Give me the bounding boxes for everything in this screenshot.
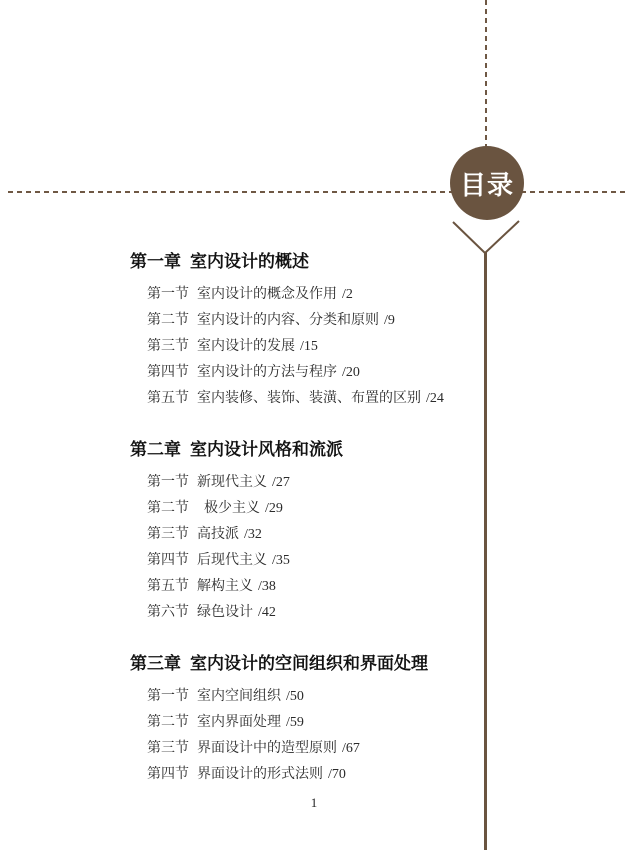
section-label: 第五节 (147, 386, 189, 412)
section-page-ref: /32 (244, 527, 262, 542)
toc-section-row: 第三节 高技派/32 (147, 522, 502, 548)
toc-section-row: 第一节 新现代主义/27 (147, 470, 502, 496)
section-title: 绿色设计/42 (197, 600, 276, 626)
toc-section-row: 第五节 解构主义/38 (147, 574, 502, 600)
section-label: 第二节 (147, 308, 189, 334)
toc-badge-label: 目录 (460, 165, 514, 202)
chapter-block: 第一章 室内设计的概述 第一节 室内设计的概念及作用/2 第二节 室内设计的内容… (130, 250, 502, 412)
section-title: 室内空间组织/50 (197, 684, 304, 710)
section-title: 室内设计的概念及作用/2 (197, 282, 353, 308)
section-page-ref: /67 (342, 741, 360, 756)
chapter-heading: 第二章 室内设计风格和流派 (130, 438, 502, 462)
section-label: 第一节 (147, 470, 189, 496)
section-label: 第三节 (147, 334, 189, 360)
section-label: 第四节 (147, 548, 189, 574)
toc-section-row: 第一节 室内空间组织/50 (147, 684, 502, 710)
top-dashed-line (485, 0, 487, 148)
section-page-ref: /15 (300, 339, 318, 354)
section-list: 第一节 新现代主义/27 第二节 极少主义/29 第三节 高技派/32 第四节 … (130, 470, 502, 626)
section-page-ref: /59 (286, 715, 304, 730)
section-label: 第四节 (147, 360, 189, 386)
section-title: 界面设计中的造型原则/67 (197, 736, 360, 762)
chapter-title: 室内设计风格和流派 (190, 438, 343, 462)
section-page-ref: /42 (258, 605, 276, 620)
section-title: 高技派/32 (197, 522, 262, 548)
section-page-ref: /9 (384, 313, 395, 328)
section-title: 后现代主义/35 (197, 548, 290, 574)
toc-badge: 目录 (450, 146, 524, 220)
toc-section-row: 第二节 极少主义/29 (147, 496, 502, 522)
section-title: 室内装修、装饰、装潢、布置的区别/24 (197, 386, 444, 412)
chapter-title: 室内设计的空间组织和界面处理 (190, 652, 428, 676)
horizontal-dashed-line (8, 191, 628, 193)
chapter-heading: 第一章 室内设计的概述 (130, 250, 502, 274)
toc-section-row: 第一节 室内设计的概念及作用/2 (147, 282, 502, 308)
toc-section-row: 第二节 室内界面处理/59 (147, 710, 502, 736)
section-page-ref: /27 (272, 475, 290, 490)
section-page-ref: /38 (258, 579, 276, 594)
section-title: 室内设计的内容、分类和原则/9 (197, 308, 395, 334)
section-page-ref: /24 (426, 391, 444, 406)
section-title: 极少主义/29 (204, 496, 283, 522)
chapter-title: 室内设计的概述 (190, 250, 309, 274)
section-page-ref: /50 (286, 689, 304, 704)
section-page-ref: /20 (342, 365, 360, 380)
section-label: 第五节 (147, 574, 189, 600)
toc-section-row: 第四节 室内设计的方法与程序/20 (147, 360, 502, 386)
toc-section-row: 第三节 界面设计中的造型原则/67 (147, 736, 502, 762)
toc-section-row: 第四节 界面设计的形式法则/70 (147, 762, 502, 788)
section-title: 室内界面处理/59 (197, 710, 304, 736)
section-label: 第一节 (147, 282, 189, 308)
section-label: 第二节 (147, 710, 189, 736)
section-page-ref: /35 (272, 553, 290, 568)
toc-content: 第一章 室内设计的概述 第一节 室内设计的概念及作用/2 第二节 室内设计的内容… (130, 250, 502, 788)
section-list: 第一节 室内空间组织/50 第二节 室内界面处理/59 第三节 界面设计中的造型… (130, 684, 502, 788)
section-title: 室内设计的方法与程序/20 (197, 360, 360, 386)
toc-section-row: 第五节 室内装修、装饰、装潢、布置的区别/24 (147, 386, 502, 412)
toc-section-row: 第四节 后现代主义/35 (147, 548, 502, 574)
section-label: 第四节 (147, 762, 189, 788)
section-label: 第六节 (147, 600, 189, 626)
chevron-down-icon (451, 220, 521, 256)
section-page-ref: /29 (265, 501, 283, 516)
toc-section-row: 第三节 室内设计的发展/15 (147, 334, 502, 360)
chapter-heading: 第三章 室内设计的空间组织和界面处理 (130, 652, 502, 676)
section-label: 第三节 (147, 522, 189, 548)
section-title: 新现代主义/27 (197, 470, 290, 496)
chapter-label: 第二章 (130, 438, 181, 462)
toc-section-row: 第二节 室内设计的内容、分类和原则/9 (147, 308, 502, 334)
chapter-label: 第三章 (130, 652, 181, 676)
section-title: 室内设计的发展/15 (197, 334, 318, 360)
section-page-ref: /2 (342, 287, 353, 302)
section-label: 第三节 (147, 736, 189, 762)
chapter-label: 第一章 (130, 250, 181, 274)
section-title: 解构主义/38 (197, 574, 276, 600)
chapter-block: 第二章 室内设计风格和流派 第一节 新现代主义/27 第二节 极少主义/29 第… (130, 438, 502, 626)
section-page-ref: /70 (328, 767, 346, 782)
section-label: 第二节 (147, 496, 189, 522)
toc-page: 目录 第一章 室内设计的概述 第一节 室内设计的概念及作用/2 第二节 室内设计… (0, 0, 628, 850)
section-title: 界面设计的形式法则/70 (197, 762, 346, 788)
section-label: 第一节 (147, 684, 189, 710)
toc-section-row: 第六节 绿色设计/42 (147, 600, 502, 626)
chapter-block: 第三章 室内设计的空间组织和界面处理 第一节 室内空间组织/50 第二节 室内界… (130, 652, 502, 788)
page-number: 1 (0, 795, 628, 811)
section-list: 第一节 室内设计的概念及作用/2 第二节 室内设计的内容、分类和原则/9 第三节… (130, 282, 502, 412)
